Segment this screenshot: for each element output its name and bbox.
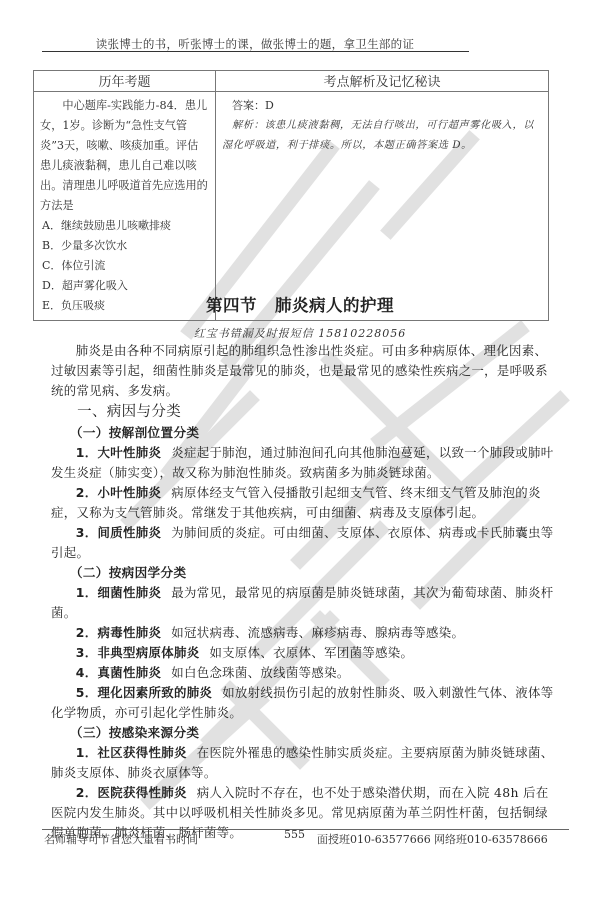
column-header-analysis: 考点解析及记忆秘诀 [216, 71, 549, 92]
intro-paragraph: 肺炎是由各种不同病原引起的肺组织急性渗出性炎症。可由多种病原体、理化因素、过敏因… [51, 341, 559, 401]
list-item: 5．理化因素所致的肺炎如放射线损伤引起的放射性肺炎、吸入刺激性气体、液体等化学物… [51, 683, 559, 723]
option-b: B．少量多次饮水 [40, 236, 209, 256]
term-label: 4．真菌性肺炎 [76, 665, 161, 680]
table-header-row: 历年考题 考点解析及记忆秘诀 [34, 71, 549, 92]
list-item: 3．间质性肺炎为肺间质的炎症。可由细菌、支原体、衣原体、病毒或卡氏肺囊虫等引起。 [51, 523, 559, 563]
term-label: 3．间质性肺炎 [76, 525, 161, 540]
body-content: 肺炎是由各种不同病原引起的肺组织急性渗出性炎症。可由多种病原体、理化因素、过敏因… [51, 341, 559, 843]
term-description: 如白色念珠菌、放线菌等感染。 [171, 665, 349, 680]
term-label: 3．非典型病原体肺炎 [76, 645, 200, 660]
section-name: 肺炎病人的护理 [275, 296, 394, 315]
page-number: 555 [284, 828, 305, 841]
analysis-text: 解析：该患儿痰液黏稠，无法自行咳出，可行超声雾化吸入，以湿化呼吸道，利于排痰。所… [222, 116, 542, 156]
footer-online-phone: 网络班010-63578666 [434, 831, 548, 847]
footer-slogan: 名师辅导可节省您大量看书时间 [44, 831, 198, 847]
errata-note: 红宝书错漏及时报短信 15810228056 [0, 325, 600, 341]
question-stem: 中心题库-实践能力-84．患儿女，1岁。诊断为“急性支气管炎”3天，咳嗽、咳痰加… [40, 96, 209, 216]
section-number: 第四节 [206, 296, 257, 315]
list-item: 2．小叶性肺炎病原体经支气管入侵播散引起细支气管、终末细支气管及肺泡的炎症，又称… [51, 483, 559, 523]
heading-infection-source: （三）按感染来源分类 [51, 723, 559, 743]
column-header-past-exams: 历年考题 [34, 71, 216, 92]
running-head: 读张博士的书，听张博士的课，做张博士的题，拿卫生部的证 [42, 36, 468, 52]
footer-in-person-phone: 面授班010-63577666 [317, 831, 431, 847]
exam-question-table: 历年考题 考点解析及记忆秘诀 中心题库-实践能力-84．患儿女，1岁。诊断为“急… [33, 70, 549, 321]
analysis-cell: 答案：D 解析：该患儿痰液黏稠，无法自行咳出，可行超声雾化吸入，以湿化呼吸道，利… [216, 92, 549, 321]
term-label: 5．理化因素所致的肺炎 [76, 685, 212, 700]
section-title: 第四节肺炎病人的护理 [0, 292, 600, 316]
document-page: 读张博士的书，听张博士的课，做张博士的题，拿卫生部的证 历年考题 考点解析及记忆… [0, 0, 600, 912]
term-label: 1．大叶性肺炎 [76, 445, 161, 460]
term-label: 2．病毒性肺炎 [76, 625, 161, 640]
term-label: 2．医院获得性肺炎 [76, 785, 187, 800]
term-label: 1．细菌性肺炎 [76, 585, 161, 600]
term-label: 2．小叶性肺炎 [76, 485, 161, 500]
term-description: 如支原体、衣原体、军团菌等感染。 [209, 645, 413, 660]
list-item: 3．非典型病原体肺炎如支原体、衣原体、军团菌等感染。 [51, 643, 559, 663]
option-a: A．继续鼓励患儿咳嗽排痰 [40, 216, 209, 236]
list-item: 4．真菌性肺炎如白色念珠菌、放线菌等感染。 [51, 663, 559, 683]
heading-etiology-classification: 一、病因与分类 [51, 401, 559, 423]
heading-anatomical: （一）按解剖位置分类 [51, 423, 559, 443]
list-item: 1．细菌性肺炎最为常见，最常见的病原菌是肺炎链球菌，其次为葡萄球菌、肺炎杆菌。 [51, 583, 559, 623]
footer-rule [42, 829, 569, 830]
list-item: 1．大叶性肺炎炎症起于肺泡，通过肺泡间孔向其他肺泡蔓延，以致一个肺段或肺叶发生炎… [51, 443, 559, 483]
answer-text: 答案：D [222, 96, 542, 116]
heading-etiological: （二）按病因学分类 [51, 563, 559, 583]
list-item: 1．社区获得性肺炎在医院外罹患的感染性肺实质炎症。主要病原菌为肺炎链球菌、肺炎支… [51, 743, 559, 783]
term-description: 如冠状病毒、流感病毒、麻疹病毒、腺病毒等感染。 [171, 625, 464, 640]
term-label: 1．社区获得性肺炎 [76, 745, 187, 760]
list-item: 2．病毒性肺炎如冠状病毒、流感病毒、麻疹病毒、腺病毒等感染。 [51, 623, 559, 643]
header-rule [42, 51, 469, 52]
question-cell: 中心题库-实践能力-84．患儿女，1岁。诊断为“急性支气管炎”3天，咳嗽、咳痰加… [34, 92, 216, 321]
table-row: 中心题库-实践能力-84．患儿女，1岁。诊断为“急性支气管炎”3天，咳嗽、咳痰加… [34, 92, 549, 321]
option-c: C．体位引流 [40, 256, 209, 276]
